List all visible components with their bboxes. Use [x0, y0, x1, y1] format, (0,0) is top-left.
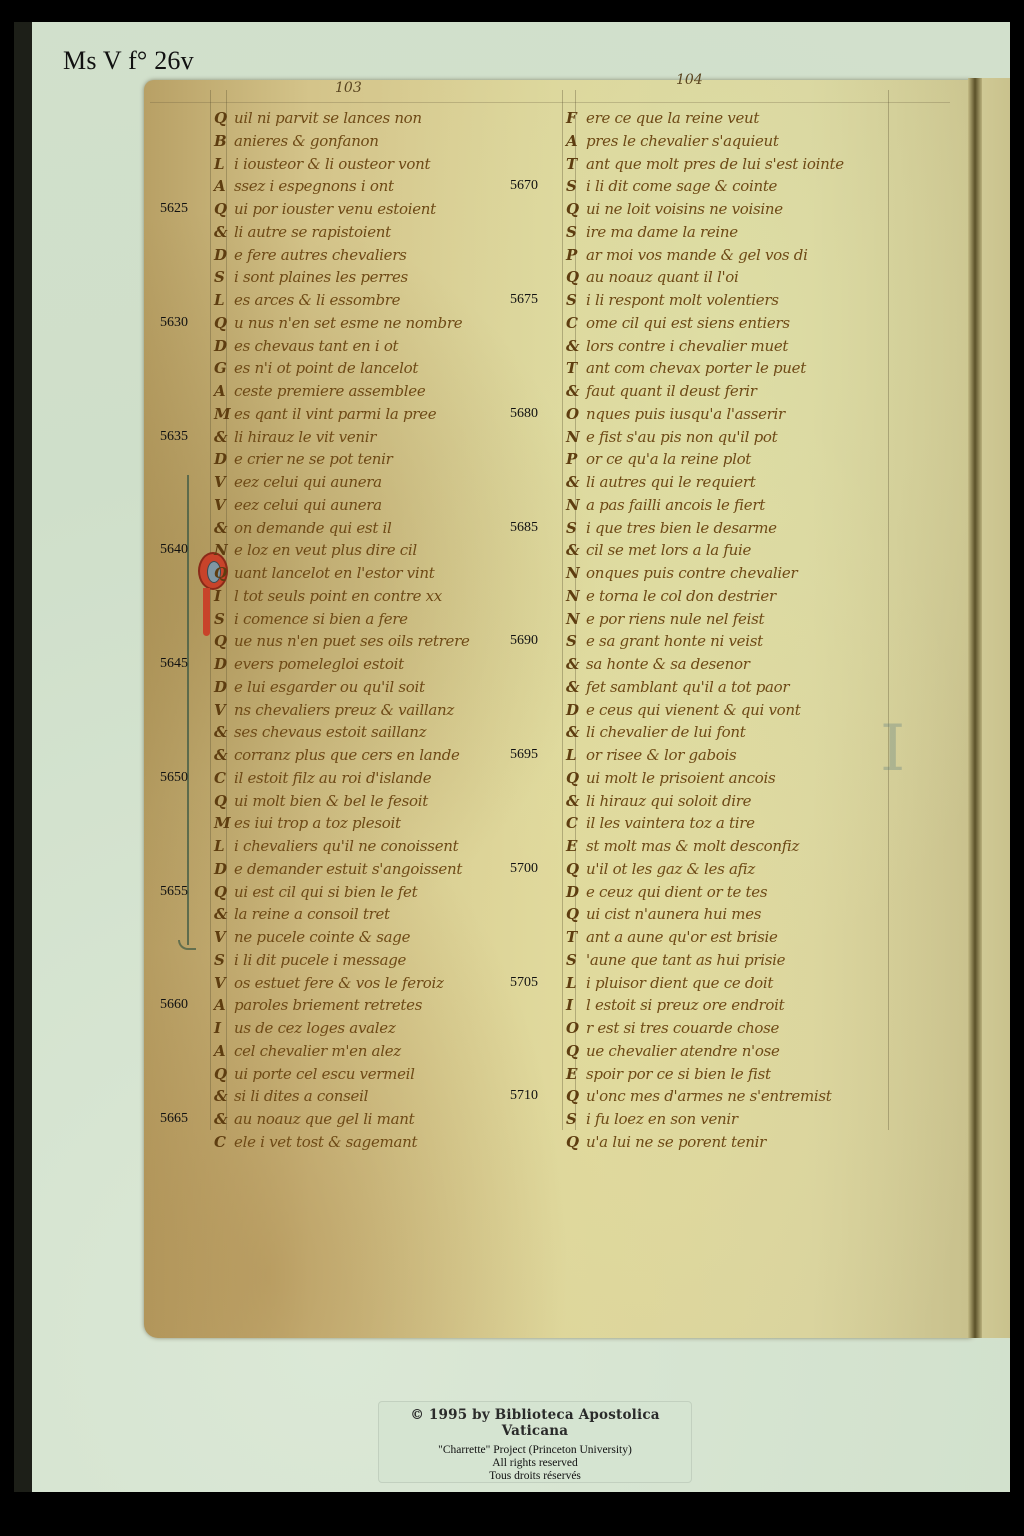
verse-initial: M	[214, 814, 234, 832]
verse-text: ar moi vos mande & gel vos di	[586, 246, 808, 264]
verse-initial: &	[214, 746, 234, 764]
verse-line: Devers pomelegloi estoit	[214, 655, 404, 677]
verse-initial: Q	[214, 883, 234, 901]
verse-initial: Q	[566, 200, 586, 218]
verse-initial: Q	[566, 769, 586, 787]
verse-text: li hirauz le vit venir	[234, 428, 376, 446]
verse-initial: I	[214, 1019, 234, 1037]
verse-line: Assez i espegnons i ont	[214, 177, 394, 199]
verse-line: Qui por iouster venu estoient	[214, 200, 436, 222]
verse-text: ui molt bien & bel le fesoit	[234, 792, 428, 810]
verse-initial: S	[214, 951, 234, 969]
verse-text: cil se met lors a la fuie	[586, 541, 751, 559]
verse-text: i li dit pucele i message	[234, 951, 406, 969]
verse-line: Si li dit pucele i message	[214, 951, 406, 973]
verse-text: or ce qu'a la reine plot	[586, 450, 751, 468]
project-text: "Charrette" Project (Princeton Universit…	[379, 1444, 691, 1457]
next-leaf-edge	[982, 78, 1010, 1338]
verse-text: i pluisor dient que ce doit	[586, 974, 773, 992]
illuminated-initial-tail	[203, 588, 210, 636]
verse-initial: V	[214, 496, 234, 514]
verse-initial: I	[214, 587, 234, 605]
line-number: 5705	[510, 975, 538, 991]
verse-line: Qu'a lui ne se porent tenir	[566, 1133, 766, 1155]
verse-line: Vne pucele cointe & sage	[214, 928, 410, 950]
verse-line: Li chevaliers qu'il ne conoissent	[214, 837, 458, 859]
verse-text: ns chevaliers preuz & vaillanz	[234, 701, 454, 719]
verse-line: Qui molt le prisoient ancois	[566, 769, 775, 791]
line-number: 5640	[160, 542, 188, 558]
verse-initial: A	[214, 382, 234, 400]
verse-initial: D	[214, 246, 234, 264]
verse-text: u'a lui ne se porent tenir	[586, 1133, 766, 1151]
verse-initial: Q	[566, 860, 586, 878]
verse-line: Come cil qui est siens entiers	[566, 314, 790, 336]
verse-text: e lui esgarder ou qu'il soit	[234, 678, 425, 696]
verse-line: Ne fist s'au pis non qu'il pot	[566, 428, 777, 450]
verse-line: Por ce qu'a la reine plot	[566, 450, 751, 472]
verse-text: uil ni parvit se lances non	[234, 109, 422, 127]
verse-line: Ius de cez loges avalez	[214, 1019, 395, 1041]
verse-line: De demander estuit s'angoissent	[214, 860, 462, 882]
line-number: 5695	[510, 747, 538, 763]
line-number: 5710	[510, 1088, 538, 1104]
verse-text: 'aune que tant as hui prisie	[586, 951, 785, 969]
verse-text: u'il ot les gaz & les afiz	[586, 860, 755, 878]
verse-text: paroles briement retretes	[234, 996, 422, 1014]
line-number: 5635	[160, 429, 188, 445]
verse-initial: Q	[214, 564, 234, 582]
verse-line: Na pas failli ancois le fiert	[566, 496, 765, 518]
ruling-line-top	[150, 102, 950, 103]
verse-initial: O	[566, 1019, 586, 1037]
verse-text: nques puis iusqu'a l'asserir	[586, 405, 785, 423]
verse-initial: N	[566, 587, 586, 605]
verse-initial: &	[566, 337, 586, 355]
verse-initial: C	[566, 314, 586, 332]
verse-initial: L	[214, 837, 234, 855]
verse-text: e loz en veut plus dire cil	[234, 541, 417, 559]
copyright-label: © 1995 by Biblioteca Apostolica Vaticana…	[378, 1401, 692, 1483]
verse-initial: &	[214, 1087, 234, 1105]
verse-text: l estoit si preuz ore endroit	[586, 996, 784, 1014]
verse-line: Quil ni parvit se lances non	[214, 109, 422, 131]
verse-text: st molt mas & molt desconfiz	[586, 837, 799, 855]
verse-line: Que chevalier atendre n'ose	[566, 1042, 780, 1064]
verse-text: e fere autres chevaliers	[234, 246, 407, 264]
verse-line: S'aune que tant as hui prisie	[566, 951, 785, 973]
verse-text: ui por iouster venu estoient	[234, 200, 436, 218]
verse-line: &faut quant il deust ferir	[566, 382, 757, 404]
line-number: 5665	[160, 1111, 188, 1127]
verse-text: i fu loez en son venir	[586, 1110, 738, 1128]
verse-line: Cele i vet tost & sagemant	[214, 1133, 417, 1155]
verse-text: ire ma dame la reine	[586, 223, 738, 241]
verse-line: De ceus qui vienent & qui vont	[566, 701, 800, 723]
verse-line: Fere ce que la reine veut	[566, 109, 759, 131]
verse-initial: Q	[566, 1087, 586, 1105]
verse-line: Si li dit come sage & cointe	[566, 177, 777, 199]
verse-text: i iousteor & li ousteor vont	[234, 155, 430, 173]
verse-line: Par moi vos mande & gel vos di	[566, 246, 808, 268]
verse-initial: D	[566, 701, 586, 719]
verse-line: Mes iui trop a toz plesoit	[214, 814, 401, 836]
verse-text: ui ne loit voisins ne voisine	[586, 200, 783, 218]
verse-line: Nonques puis contre chevalier	[566, 564, 797, 586]
verse-line: Ne torna le col don destrier	[566, 587, 776, 609]
verse-text: e fist s'au pis non qu'il pot	[586, 428, 777, 446]
verse-initial: Q	[566, 905, 586, 923]
verse-initial: T	[566, 155, 586, 173]
verse-line: &lors contre i chevalier muet	[566, 337, 788, 359]
verse-initial: Q	[566, 1042, 586, 1060]
verse-text: si li dites a conseil	[234, 1087, 368, 1105]
verse-text: ant a aune qu'or est brisie	[586, 928, 778, 946]
verse-initial: I	[566, 996, 586, 1014]
verse-line: Si que tres bien le desarme	[566, 519, 777, 541]
verse-line: Cil les vaintera toz a tire	[566, 814, 755, 836]
verse-line: &cil se met lors a la fuie	[566, 541, 751, 563]
verse-text: onques puis contre chevalier	[586, 564, 797, 582]
manuscript-title: Ms V f° 26v	[63, 46, 194, 76]
verse-line: Li iousteor & li ousteor vont	[214, 155, 430, 177]
verse-initial: N	[566, 496, 586, 514]
verse-text: es arces & li essombre	[234, 291, 400, 309]
verse-text: il estoit filz au roi d'islande	[234, 769, 431, 787]
verse-line: Veez celui qui aunera	[214, 473, 382, 495]
verse-text: i sont plaines les perres	[234, 268, 408, 286]
verse-initial: C	[214, 769, 234, 787]
verse-text: ui molt le prisoient ancois	[586, 769, 775, 787]
verse-text: a pas failli ancois le fiert	[586, 496, 765, 514]
verse-line: &on demande qui est il	[214, 519, 392, 541]
verse-initial: V	[214, 473, 234, 491]
verse-text: faut quant il deust ferir	[586, 382, 757, 400]
verse-line: Si fu loez en son venir	[566, 1110, 738, 1132]
verse-text: l tot seuls point en contre xx	[234, 587, 442, 605]
verse-text: i que tres bien le desarme	[586, 519, 777, 537]
verse-text: e demander estuit s'angoissent	[234, 860, 462, 878]
verse-initial: &	[566, 473, 586, 491]
verse-text: eez celui qui aunera	[234, 496, 382, 514]
verse-line: Il tot seuls point en contre xx	[214, 587, 442, 609]
page-number-left: 103	[335, 80, 362, 96]
verse-text: eez celui qui aunera	[234, 473, 382, 491]
verse-line: Onques puis iusqu'a l'asserir	[566, 405, 785, 427]
rights-fr-text: Tous droits réservés	[379, 1470, 691, 1483]
verse-line: Qui cist n'aunera hui mes	[566, 905, 761, 927]
verse-line: Si li respont molt volentiers	[566, 291, 779, 313]
show-through-letter: I	[880, 712, 905, 786]
verse-line: &li chevalier de lui font	[566, 723, 745, 745]
line-number: 5645	[160, 656, 188, 672]
verse-initial: S	[566, 177, 586, 195]
verse-line: Se sa grant honte ni veist	[566, 632, 763, 654]
verse-text: or risee & lor gabois	[586, 746, 736, 764]
verse-text: ui porte cel escu vermeil	[234, 1065, 415, 1083]
verse-line: &li hirauz qui soloit dire	[566, 792, 751, 814]
verse-text: us de cez loges avalez	[234, 1019, 395, 1037]
verse-text: i li respont molt volentiers	[586, 291, 779, 309]
verse-text: ere ce que la reine veut	[586, 109, 759, 127]
verse-text: es n'i ot point de lancelot	[234, 359, 418, 377]
verse-line: Il estoit si preuz ore endroit	[566, 996, 784, 1018]
verse-line: Aparoles briement retretes	[214, 996, 422, 1018]
verse-line: &li hirauz le vit venir	[214, 428, 376, 450]
verse-line: Cil estoit filz au roi d'islande	[214, 769, 431, 791]
verse-line: Aceste premiere assemblee	[214, 382, 425, 404]
verse-initial: &	[214, 428, 234, 446]
line-number: 5685	[510, 520, 538, 536]
verse-initial: &	[566, 382, 586, 400]
verse-initial: &	[214, 905, 234, 923]
verse-text: ses chevaus estoit saillanz	[234, 723, 426, 741]
verse-text: anieres & gonfanon	[234, 132, 379, 150]
verse-text: cel chevalier m'en alez	[234, 1042, 401, 1060]
verse-initial: F	[566, 109, 586, 127]
verse-text: es chevaus tant en i ot	[234, 337, 398, 355]
verse-line: Qau noauz quant il l'oi	[566, 268, 739, 290]
verse-line: Ne loz en veut plus dire cil	[214, 541, 417, 563]
verse-line: Apres le chevalier s'aquieut	[566, 132, 779, 154]
verse-initial: S	[214, 268, 234, 286]
verse-line: Quant lancelot en l'estor vint	[214, 564, 434, 586]
verse-initial: &	[566, 655, 586, 673]
verse-initial: Q	[214, 1065, 234, 1083]
line-number: 5660	[160, 997, 188, 1013]
verse-initial: A	[214, 177, 234, 195]
verse-initial: L	[566, 746, 586, 764]
verse-initial: D	[214, 337, 234, 355]
verse-initial: C	[214, 1133, 234, 1151]
verse-text: e ceus qui vienent & qui vont	[586, 701, 800, 719]
verse-initial: S	[566, 519, 586, 537]
verse-initial: N	[566, 564, 586, 582]
verse-text: ceste premiere assemblee	[234, 382, 425, 400]
verse-line: Ges n'i ot point de lancelot	[214, 359, 418, 381]
verse-initial: N	[214, 541, 234, 559]
verse-text: r est si tres couarde chose	[586, 1019, 779, 1037]
verse-text: es qant il vint parmi la pree	[234, 405, 436, 423]
verse-line: Qui ne loit voisins ne voisine	[566, 200, 783, 222]
line-number: 5625	[160, 201, 188, 217]
verse-initial: &	[214, 223, 234, 241]
verse-line: &au noauz que gel li mant	[214, 1110, 414, 1132]
verse-initial: V	[214, 701, 234, 719]
verse-line: Qu nus n'en set esme ne nombre	[214, 314, 462, 336]
verse-line: Sire ma dame la reine	[566, 223, 738, 245]
verse-initial: &	[566, 792, 586, 810]
verse-text: ome cil qui est siens entiers	[586, 314, 790, 332]
verse-initial: D	[566, 883, 586, 901]
right-black-border	[1010, 22, 1024, 1492]
ruling-line-left	[210, 90, 211, 1130]
line-number: 5675	[510, 292, 538, 308]
verse-text: e torna le col don destrier	[586, 587, 776, 605]
verse-initial: L	[214, 155, 234, 173]
verse-text: lors contre i chevalier muet	[586, 337, 788, 355]
verse-line: Les arces & li essombre	[214, 291, 400, 313]
verse-line: Tant que molt pres de lui s'est iointe	[566, 155, 844, 177]
verse-initial: A	[214, 996, 234, 1014]
verse-initial: &	[566, 678, 586, 696]
verse-initial: D	[214, 860, 234, 878]
verse-text: ne pucele cointe & sage	[234, 928, 410, 946]
verse-text: ele i vet tost & sagemant	[234, 1133, 417, 1151]
copyright-text: © 1995 by Biblioteca Apostolica Vaticana	[379, 1407, 691, 1439]
verse-line: De ceuz qui dient or te tes	[566, 883, 767, 905]
line-number: 5670	[510, 178, 538, 194]
verse-text: on demande qui est il	[234, 519, 392, 537]
verse-text: e crier ne se pot tenir	[234, 450, 393, 468]
verse-initial: A	[566, 132, 586, 150]
verse-line: &fet samblant qu'il a tot paor	[566, 678, 789, 700]
verse-initial: Q	[214, 632, 234, 650]
verse-line: De crier ne se pot tenir	[214, 450, 393, 472]
verse-line: Qu'il ot les gaz & les afiz	[566, 860, 755, 882]
verse-initial: V	[214, 928, 234, 946]
verse-initial: B	[214, 132, 234, 150]
verse-initial: &	[214, 723, 234, 741]
verse-text: sa honte & sa desenor	[586, 655, 750, 673]
verse-initial: S	[566, 632, 586, 650]
verse-initial: C	[566, 814, 586, 832]
verse-line: Si comence si bien a fere	[214, 610, 408, 632]
verse-text: os estuet fere & vos le feroiz	[234, 974, 444, 992]
verse-text: e por riens nule nel feist	[586, 610, 764, 628]
verse-initial: &	[566, 723, 586, 741]
page-number-right: 104	[676, 72, 703, 88]
verse-initial: S	[214, 610, 234, 628]
verse-line: Veez celui qui aunera	[214, 496, 382, 518]
verse-line: Acel chevalier m'en alez	[214, 1042, 401, 1064]
verse-text: corranz plus que cers en lande	[234, 746, 460, 764]
verse-line: &si li dites a conseil	[214, 1087, 368, 1109]
verse-text: u'onc mes d'armes ne s'entremist	[586, 1087, 832, 1105]
ruling-line-right	[888, 90, 889, 1130]
verse-initial: P	[566, 246, 586, 264]
verse-initial: S	[566, 1110, 586, 1128]
verse-line: &li autre se rapistoient	[214, 223, 391, 245]
verse-text: pres le chevalier s'aquieut	[586, 132, 779, 150]
verse-line: De fere autres chevaliers	[214, 246, 407, 268]
verse-initial: Q	[214, 109, 234, 127]
left-edge-shadow	[14, 22, 32, 1492]
verse-line: De lui esgarder ou qu'il soit	[214, 678, 425, 700]
line-number: 5680	[510, 406, 538, 422]
verse-line: Qui porte cel escu vermeil	[214, 1065, 415, 1087]
verse-line: Tant a aune qu'or est brisie	[566, 928, 778, 950]
verse-text: e ceuz qui dient or te tes	[586, 883, 767, 901]
verse-initial: S	[566, 951, 586, 969]
verse-line: &li autres qui le requiert	[566, 473, 755, 495]
line-number: 5690	[510, 633, 538, 649]
verse-initial: S	[566, 291, 586, 309]
verse-initial: Q	[566, 268, 586, 286]
verse-line: Ne por riens nule nel feist	[566, 610, 764, 632]
verse-initial: &	[214, 1110, 234, 1128]
verse-text: ui est cil qui si bien le fet	[234, 883, 417, 901]
line-number: 5650	[160, 770, 188, 786]
verse-initial: D	[214, 655, 234, 673]
verse-text: li chevalier de lui font	[586, 723, 745, 741]
verse-initial: E	[566, 1065, 586, 1083]
verse-initial: Q	[214, 314, 234, 332]
verse-initial: L	[566, 974, 586, 992]
verse-line: Banieres & gonfanon	[214, 132, 379, 154]
verse-text: ue chevalier atendre n'ose	[586, 1042, 780, 1060]
verse-text: ant que molt pres de lui s'est iointe	[586, 155, 844, 173]
verse-text: e sa grant honte ni veist	[586, 632, 763, 650]
verse-initial: N	[566, 428, 586, 446]
verse-line: Vos estuet fere & vos le feroiz	[214, 974, 444, 996]
verse-initial: E	[566, 837, 586, 855]
verse-initial: T	[566, 928, 586, 946]
verse-text: ui cist n'aunera hui mes	[586, 905, 761, 923]
verse-text: au noauz quant il l'oi	[586, 268, 739, 286]
verse-line: &corranz plus que cers en lande	[214, 746, 460, 768]
verse-text: li autres qui le requiert	[586, 473, 755, 491]
verse-initial: Q	[214, 792, 234, 810]
verse-initial: P	[566, 450, 586, 468]
verse-initial: &	[566, 541, 586, 559]
verse-line: Li pluisor dient que ce doit	[566, 974, 773, 996]
verse-initial: G	[214, 359, 234, 377]
verse-line: &la reine a consoil tret	[214, 905, 390, 927]
verse-line: Qu'onc mes d'armes ne s'entremist	[566, 1087, 832, 1109]
verse-line: &ses chevaus estoit saillanz	[214, 723, 426, 745]
verse-line: Lor risee & lor gabois	[566, 746, 736, 768]
verse-initial: Q	[214, 200, 234, 218]
verse-initial: Q	[566, 1133, 586, 1151]
verse-initial: T	[566, 359, 586, 377]
verse-initial: D	[214, 678, 234, 696]
verse-line: Si sont plaines les perres	[214, 268, 408, 290]
verse-text: li autre se rapistoient	[234, 223, 391, 241]
verse-line: Qui est cil qui si bien le fet	[214, 883, 417, 905]
line-number: 5655	[160, 884, 188, 900]
verse-line: Or est si tres couarde chose	[566, 1019, 779, 1041]
verse-initial: L	[214, 291, 234, 309]
verse-line: Des chevaus tant en i ot	[214, 337, 398, 359]
verse-text: i li dit come sage & cointe	[586, 177, 777, 195]
verse-initial: O	[566, 405, 586, 423]
verse-text: i comence si bien a fere	[234, 610, 408, 628]
verse-text: au noauz que gel li mant	[234, 1110, 414, 1128]
verse-text: evers pomelegloi estoit	[234, 655, 404, 673]
verse-text: spoir por ce si bien le fist	[586, 1065, 771, 1083]
verse-line: Vns chevaliers preuz & vaillanz	[214, 701, 454, 723]
verse-line: &sa honte & sa desenor	[566, 655, 750, 677]
line-number: 5700	[510, 861, 538, 877]
verse-text: il les vaintera toz a tire	[586, 814, 755, 832]
verse-text: ant com chevax porter le puet	[586, 359, 806, 377]
verse-initial: A	[214, 1042, 234, 1060]
verse-text: fet samblant qu'il a tot paor	[586, 678, 789, 696]
verse-text: ue nus n'en puet ses oils retrere	[234, 632, 470, 650]
verse-line: Qui molt bien & bel le fesoit	[214, 792, 428, 814]
ruling-line-mid	[562, 90, 563, 1130]
verse-initial: D	[214, 450, 234, 468]
verse-initial: &	[214, 519, 234, 537]
verse-line: Espoir por ce si bien le fist	[566, 1065, 771, 1087]
verse-text: ssez i espegnons i ont	[234, 177, 394, 195]
verse-text: u nus n'en set esme ne nombre	[234, 314, 462, 332]
verse-text: i chevaliers qu'il ne conoissent	[234, 837, 458, 855]
verse-text: li hirauz qui soloit dire	[586, 792, 751, 810]
verse-text: la reine a consoil tret	[234, 905, 390, 923]
binding-gutter	[968, 78, 982, 1338]
